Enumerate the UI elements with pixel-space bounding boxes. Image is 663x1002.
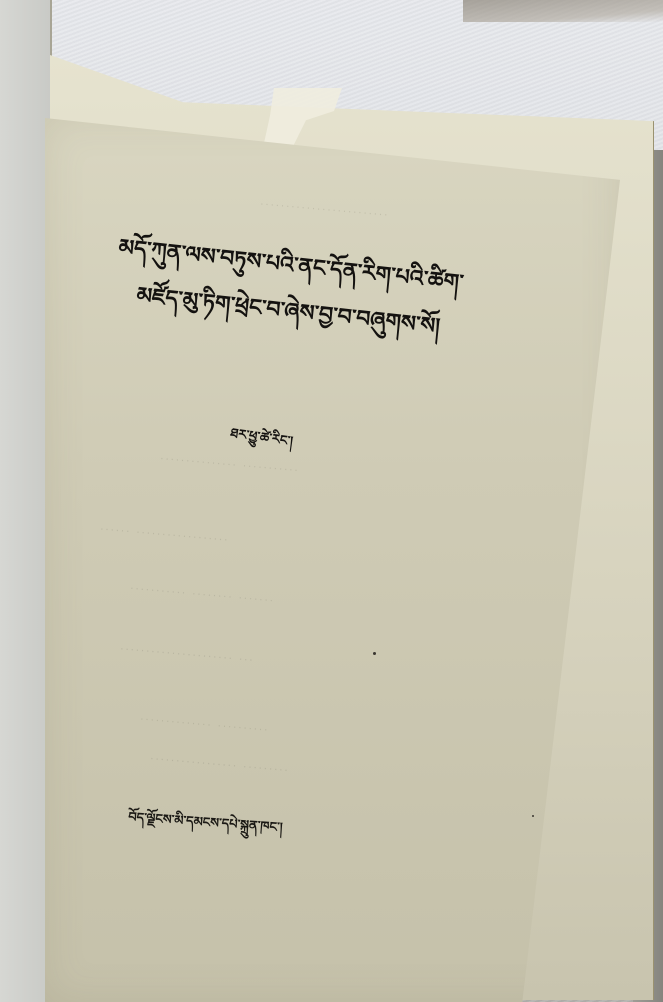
left-white-card (0, 0, 52, 1002)
photo-scene: ························· ··············… (0, 0, 663, 1002)
paper-speck (373, 652, 376, 655)
paper-speck (532, 815, 534, 817)
backdrop-dark-corner (463, 0, 663, 22)
